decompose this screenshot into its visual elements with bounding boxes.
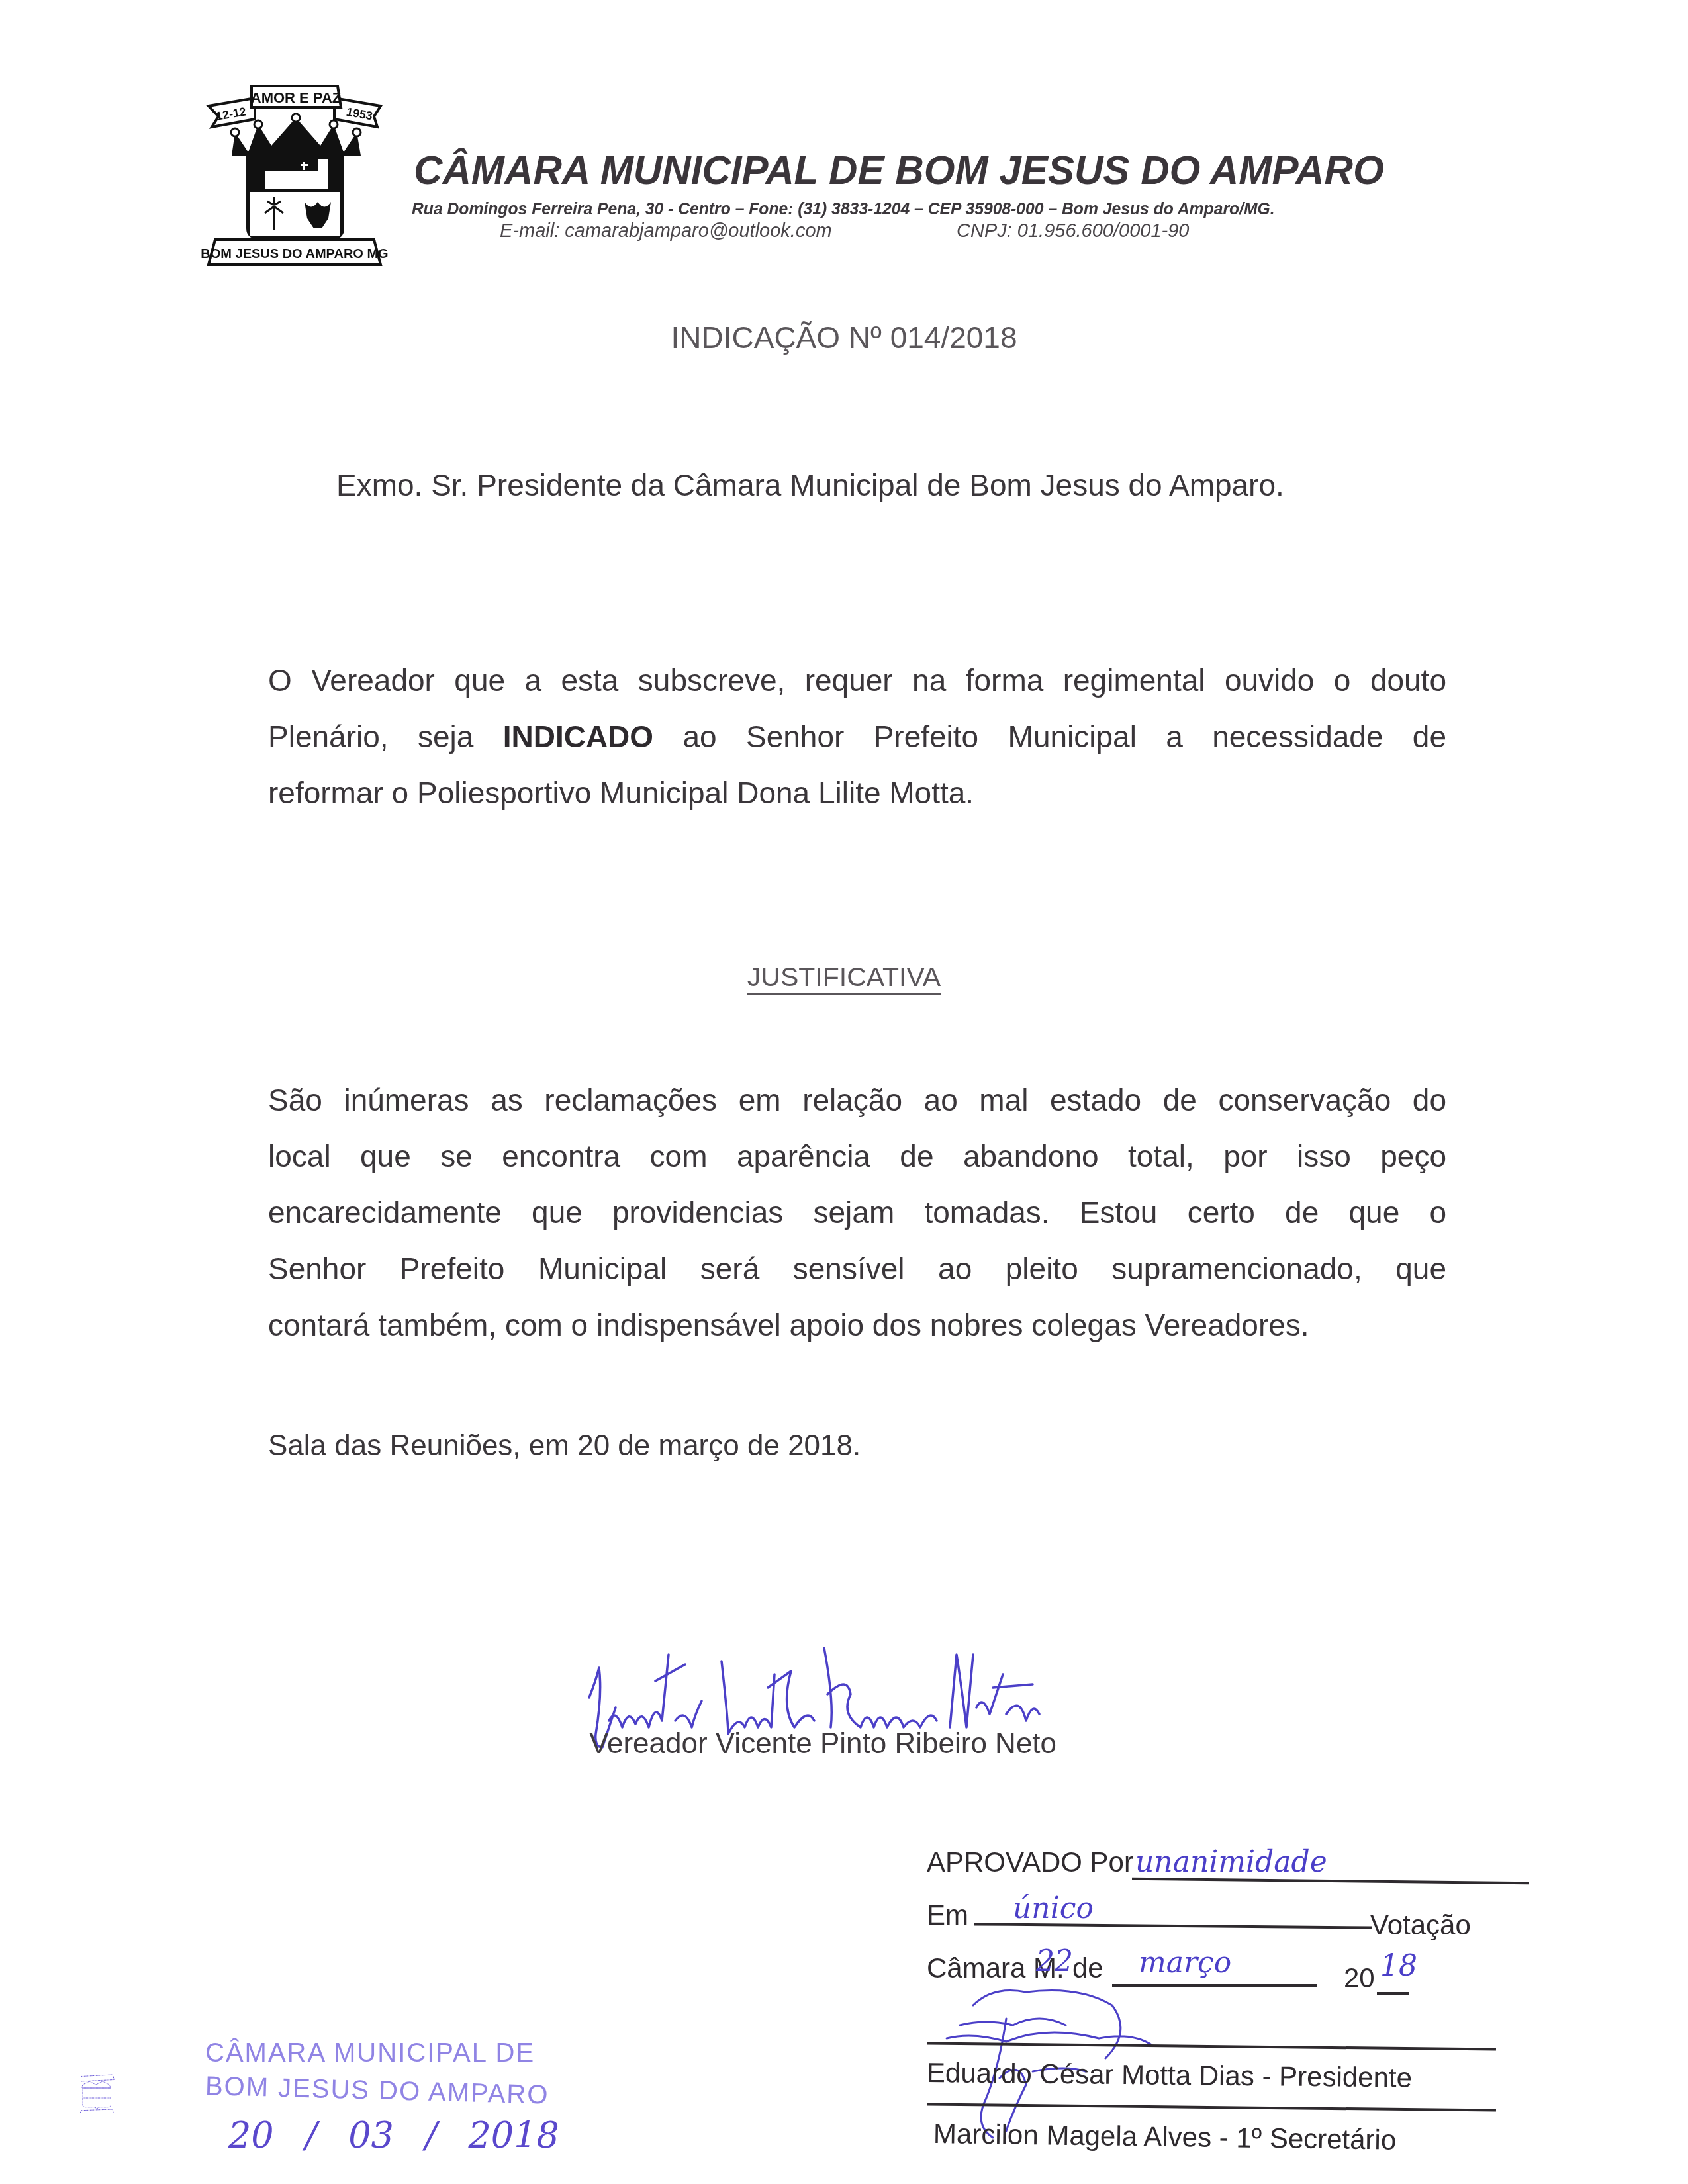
justification-paragraph: São inúmeras as reclamações em relação a… (268, 1072, 1446, 1353)
secretary-name: Marcilon Magela Alves - 1º Secretário (933, 2118, 1397, 2156)
indicado-emphasis: INDICADO (503, 719, 653, 754)
day-value: 22 (1036, 1944, 1073, 1978)
stamp-date: 20 / 03 / 2018 (228, 2115, 559, 2156)
justification-line: São inúmeras as reclamações em relação a… (268, 1072, 1446, 1128)
stamp-text-line-2: BOM JESUS DO AMPARO (205, 2071, 549, 2111)
institution-title: CÂMARA MUNICIPAL DE BOM JESUS DO AMPARO (414, 147, 1384, 194)
month-value: março (1139, 1946, 1231, 1979)
closing-date-line: Sala das Reuniões, em 20 de março de 201… (268, 1430, 861, 1463)
stamp-text-line-1: CÂMARA MUNICIPAL DE (205, 2038, 535, 2068)
request-paragraph: O Vereador que a esta subscreve, requer … (268, 653, 1446, 821)
in-label: Em (927, 1899, 968, 1931)
document-title: INDICAÇÃO Nº 014/2018 (0, 320, 1688, 355)
justification-line: Senhor Prefeito Municipal será sensível … (268, 1241, 1446, 1297)
request-line-1: O Vereador que a esta subscreve, requer … (268, 653, 1446, 709)
request-line-2: Plenário, seja INDICADO ao Senhor Prefei… (268, 709, 1446, 765)
justification-line: contará também, com o indispensável apoi… (268, 1297, 1446, 1353)
institution-address: Rua Domingos Ferreira Pena, 30 - Centro … (412, 199, 1275, 219)
year-value: 18 (1380, 1949, 1417, 1983)
year-line (1377, 1992, 1409, 1995)
svg-text:BOM JESUS DO AMPARO MG: BOM JESUS DO AMPARO MG (201, 247, 388, 261)
request-line-3: reformar o Poliesportivo Municipal Dona … (268, 765, 1446, 821)
justification-line: encarecidamente que providencias sejam t… (268, 1185, 1446, 1241)
councilor-name: Vereador Vicente Pinto Ribeiro Neto (589, 1727, 1056, 1760)
year-prefix: 20 (1344, 1962, 1375, 1994)
approved-by-value: unanimidade (1135, 1845, 1327, 1879)
municipal-crest-logo: AMOR E PAZ 12-12 1953 BOM JESUS DO AMPAR… (199, 66, 391, 271)
justification-heading: JUSTIFICATIVA (0, 962, 1688, 993)
institution-cnpj: CNPJ: 01.956.600/0001-90 (957, 220, 1189, 242)
president-name: Eduardo César Motta Dias - Presidente (927, 2057, 1412, 2094)
approved-by-label: APROVADO Por (927, 1846, 1133, 1878)
salutation: Exmo. Sr. Presidente da Câmara Municipal… (336, 467, 1284, 503)
institution-email: E-mail: camarabjamparo@outlook.com (500, 220, 832, 242)
in-value: único (1013, 1891, 1094, 1925)
vote-label: Votação (1370, 1909, 1471, 1941)
justification-line: local que se encontra com aparência de a… (268, 1128, 1446, 1185)
approval-block: APROVADO Por unanimidade Em único Votaçã… (927, 1846, 1496, 2158)
svg-text:AMOR E PAZ: AMOR E PAZ (251, 89, 341, 106)
receipt-stamp-crest (79, 2005, 212, 2177)
